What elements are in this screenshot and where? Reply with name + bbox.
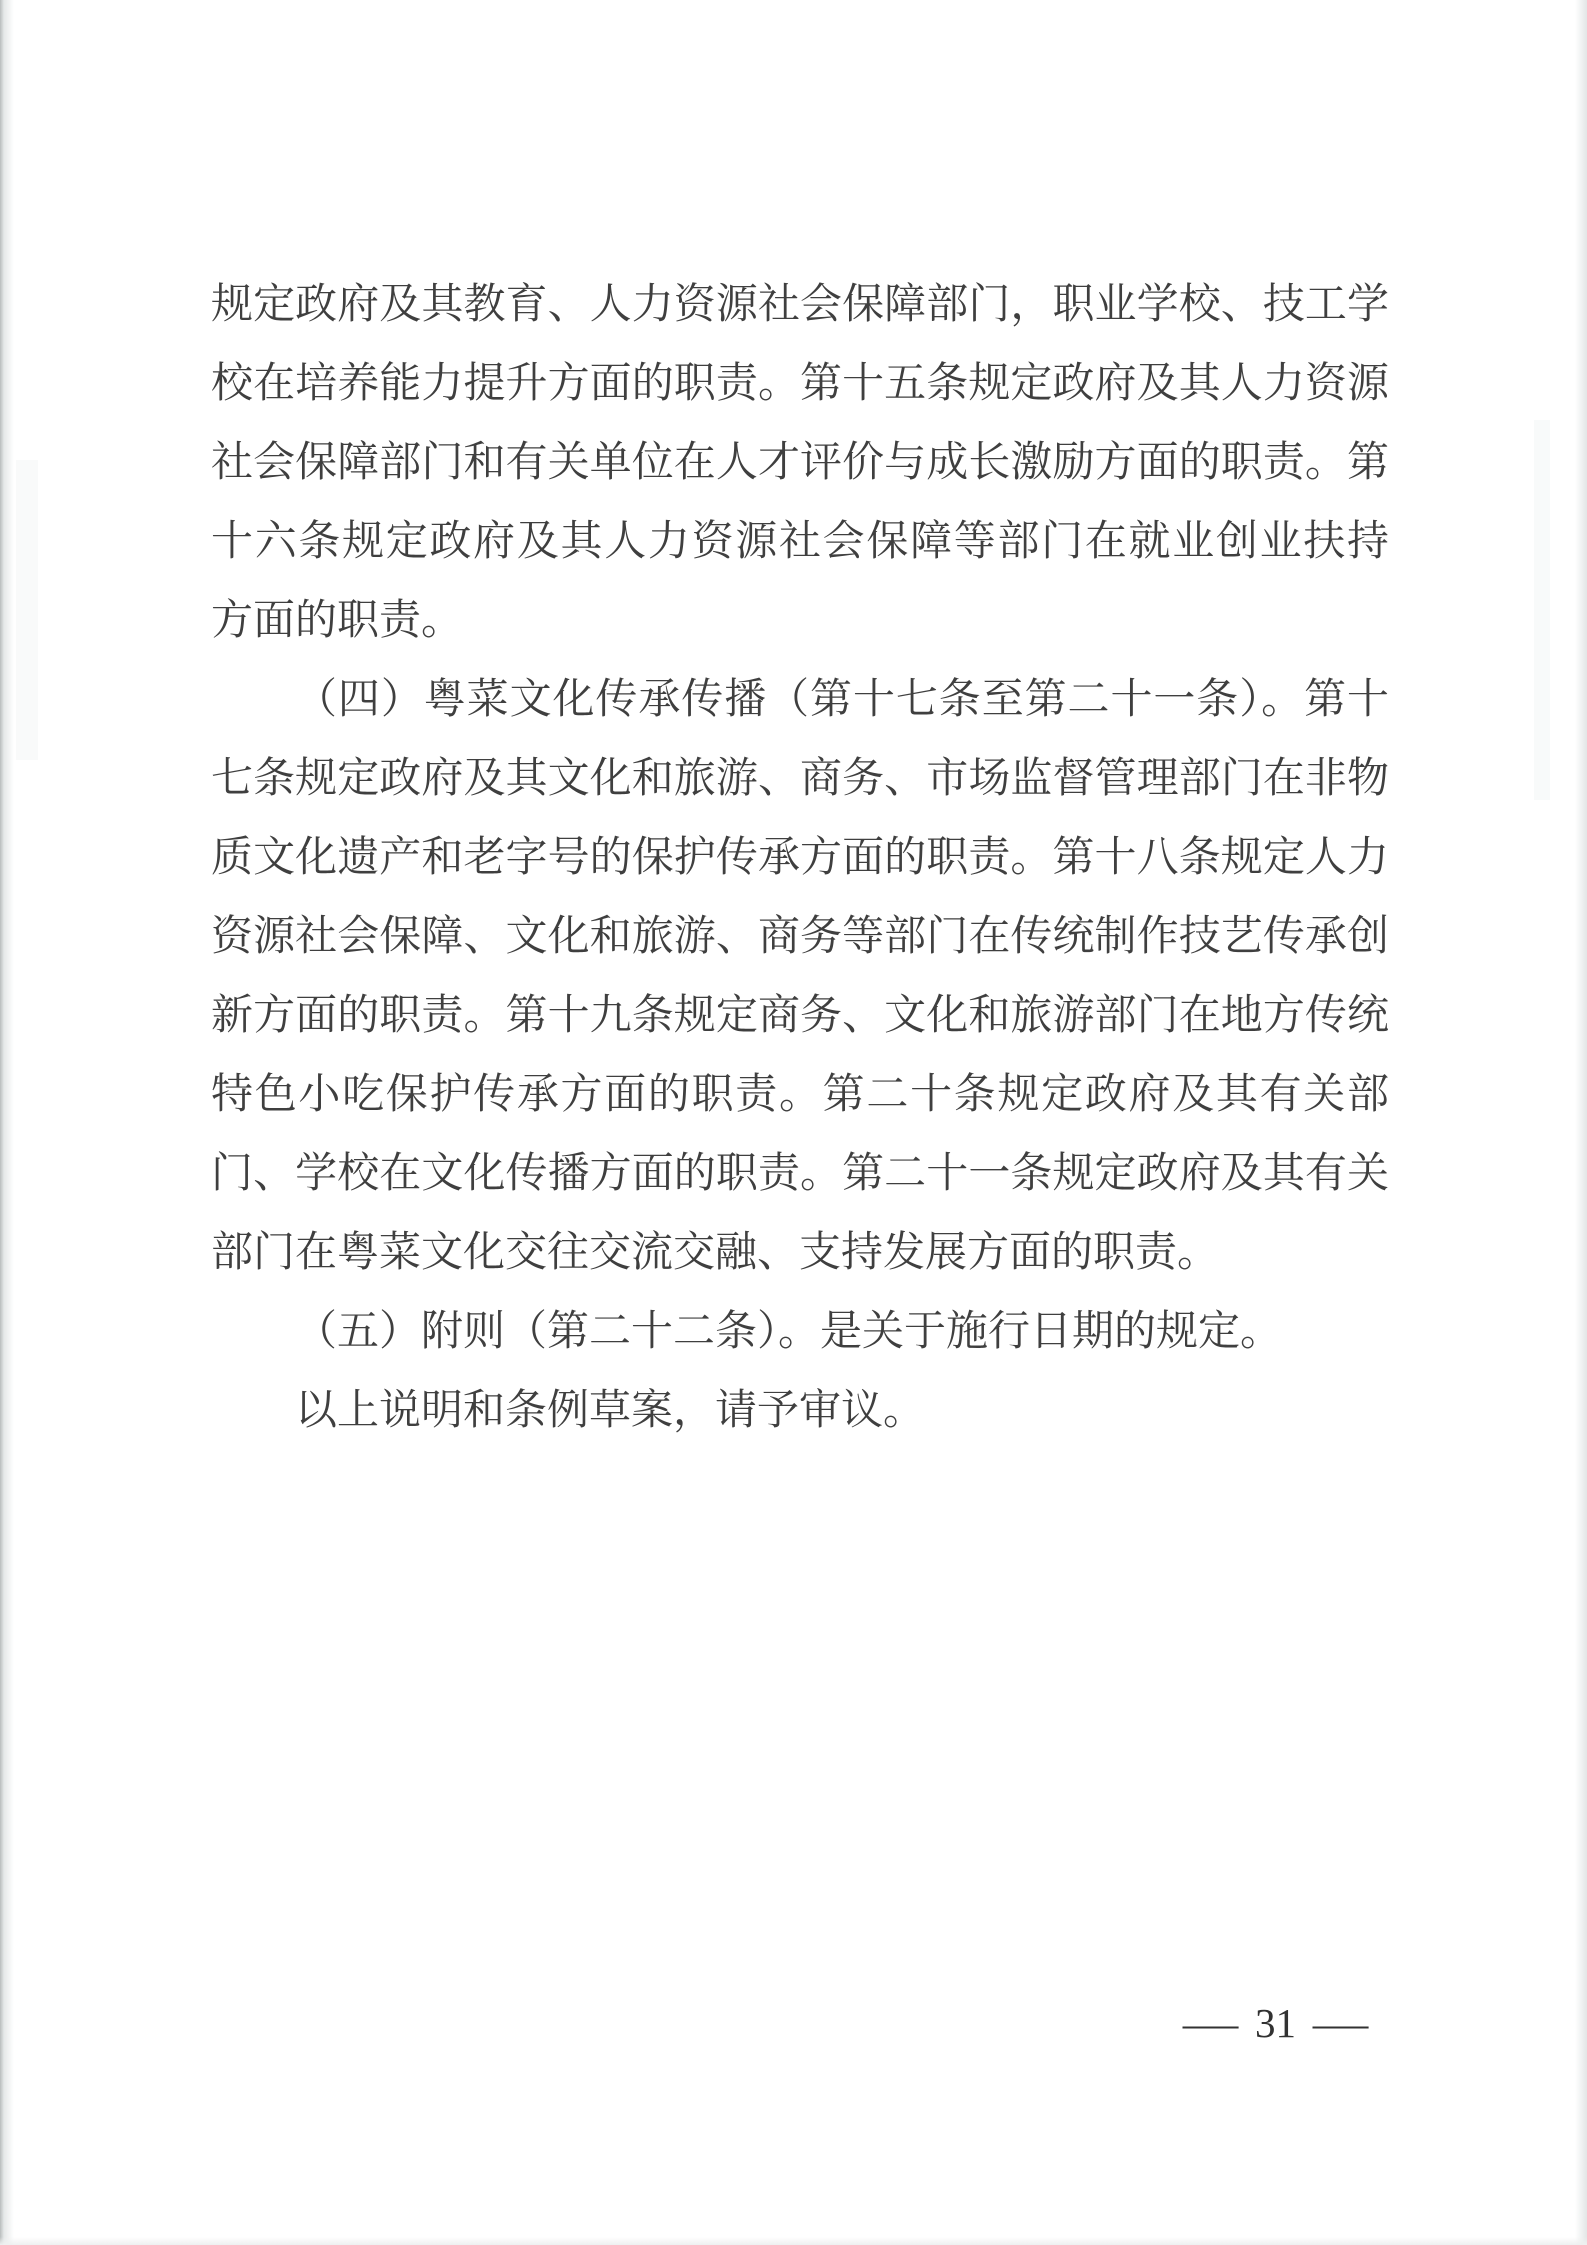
text-line-12: 门、学校在文化传播方面的职责。第二十一条规定政府及其有关: [211, 1135, 1389, 1214]
document-body-text: 规定政府及其教育、人力资源社会保障部门，职业学校、技工学 校在培养能力提升方面的…: [211, 266, 1389, 1451]
text-line-15: 以上说明和条例草案，请予审议。: [211, 1372, 1389, 1451]
text-line-7: 七条规定政府及其文化和旅游、商务、市场监督管理部门在非物: [211, 740, 1389, 819]
document-page: 规定政府及其教育、人力资源社会保障部门，职业学校、技工学 校在培养能力提升方面的…: [0, 0, 1587, 2245]
scan-artifact-bottom-edge: [0, 2237, 1587, 2245]
scan-artifact-right-streak: [1534, 420, 1550, 800]
page-number: — 31 —: [1190, 2001, 1361, 2045]
text-line-8: 质文化遗产和老字号的保护传承方面的职责。第十八条规定人力: [211, 819, 1389, 898]
text-line-11: 特色小吃保护传承方面的职责。第二十条规定政府及其有关部: [211, 1056, 1389, 1135]
scan-artifact-left-edge: [0, 0, 14, 2245]
page-number-value: 31: [1255, 1999, 1296, 2047]
text-line-2: 校在培养能力提升方面的职责。第十五条规定政府及其人力资源: [211, 345, 1389, 424]
text-line-6: （四）粤菜文化传承传播（第十七条至第二十一条）。第十: [211, 661, 1389, 740]
scan-artifact-left-streak: [16, 460, 38, 760]
text-line-5: 方面的职责。: [211, 582, 1389, 661]
text-line-3: 社会保障部门和有关单位在人才评价与成长激励方面的职责。第: [211, 424, 1389, 503]
text-line-4: 十六条规定政府及其人力资源社会保障等部门在就业创业扶持: [211, 503, 1389, 582]
text-line-1: 规定政府及其教育、人力资源社会保障部门，职业学校、技工学: [211, 266, 1389, 345]
page-number-right-dash: —: [1313, 1999, 1368, 2047]
text-line-14: （五）附则（第二十二条）。是关于施行日期的规定。: [211, 1293, 1389, 1372]
text-line-13: 部门在粤菜文化交往交流交融、支持发展方面的职责。: [211, 1214, 1389, 1293]
scan-artifact-right-edge: [1575, 0, 1587, 2245]
page-number-left-dash: —: [1183, 1999, 1238, 2047]
text-line-9: 资源社会保障、文化和旅游、商务等部门在传统制作技艺传承创: [211, 898, 1389, 977]
text-line-10: 新方面的职责。第十九条规定商务、文化和旅游部门在地方传统: [211, 977, 1389, 1056]
